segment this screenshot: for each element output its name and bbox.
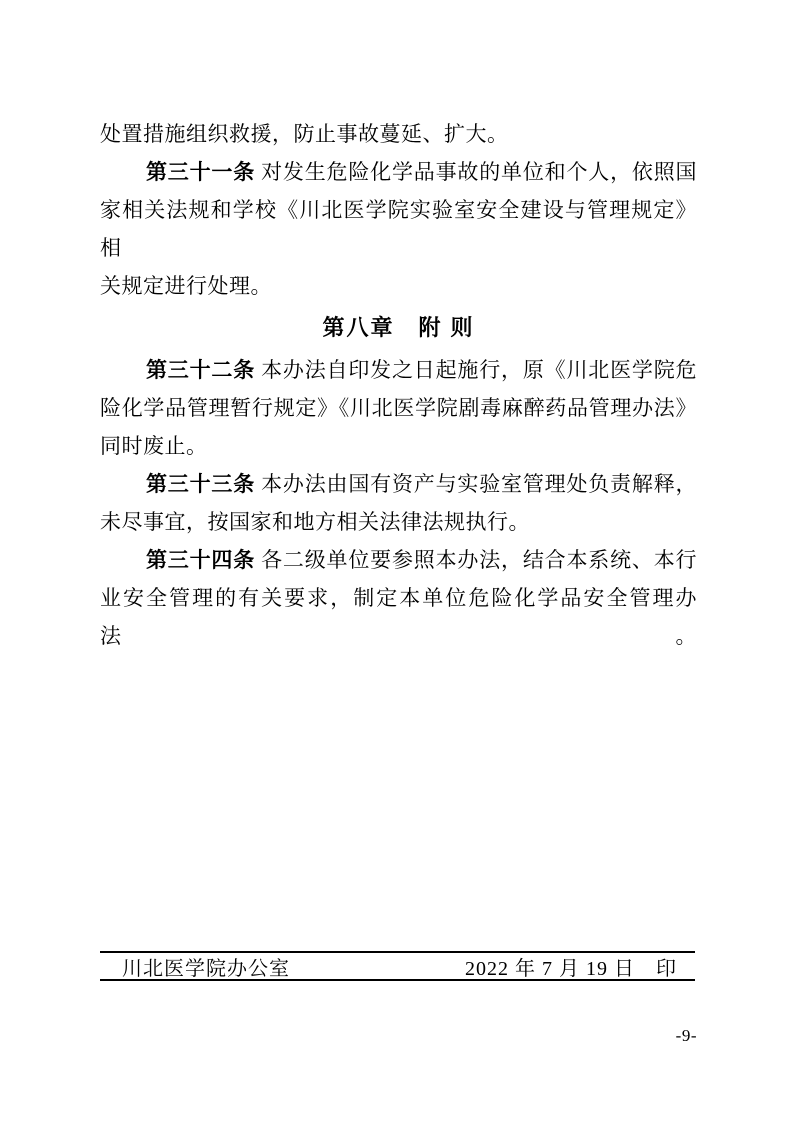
paragraph-line: 第三十一条 对发生危险化学品事故的单位和个人，依照国 [100,153,697,191]
page-number: -9- [676,1026,697,1046]
paragraph-line: 第三十四条 各二级单位要参照本办法，结合本系统、本行 [100,541,697,579]
document-page: 处置措施组织救援，防止事故蔓延、扩大。 第三十一条 对发生危险化学品事故的单位和… [0,0,793,1122]
line-text: 业安全管理的有关要求，制定本单位危险化学品安全管理办法。 [100,586,697,648]
print-date: 2022 年 7 月 19 日 印 [465,952,677,981]
chapter-heading: 第八章 附 则 [100,309,697,347]
article-number: 第三十四条 [146,548,255,572]
paragraph-line: 第三十三条 本办法由国有资产与实验室管理处负责解释， [100,465,697,503]
paragraph-line: 同时废止。 [100,427,697,465]
line-text: 关规定进行处理。 [100,274,272,298]
paragraph-line: 未尽事宜，按国家和地方相关法律法规执行。 [100,503,697,541]
line-text: 同时废止。 [100,434,208,458]
document-body: 处置措施组织救援，防止事故蔓延、扩大。 第三十一条 对发生危险化学品事故的单位和… [100,115,697,655]
line-text: 未尽事宜，按国家和地方相关法律法规执行。 [100,510,530,534]
line-text: 各二级单位要参照本办法，结合本系统、本行 [255,548,697,572]
colophon-bar: 川北医学院办公室 2022 年 7 月 19 日 印 [100,951,695,981]
line-text: 本办法由国有资产与实验室管理处负责解释， [255,472,697,496]
paragraph-line: 家相关法规和学校《川北医学院实验室安全建设与管理规定》相 [100,191,697,267]
paragraph-line: 险化学品管理暂行规定》《川北医学院剧毒麻醉药品管理办法》 [100,389,697,427]
line-text: 对发生危险化学品事故的单位和个人，依照国 [255,160,697,184]
paragraph-line: 第三十二条 本办法自印发之日起施行，原《川北医学院危 [100,351,697,389]
article-number: 第三十二条 [146,358,255,382]
line-text: 处置措施组织救援，防止事故蔓延、扩大。 [100,122,509,146]
issuing-office: 川北医学院办公室 [122,952,290,981]
paragraph-line: 处置措施组织救援，防止事故蔓延、扩大。 [100,115,697,153]
paragraph-line: 关规定进行处理。 [100,267,697,305]
line-text: 险化学品管理暂行规定》《川北医学院剧毒麻醉药品管理办法》 [100,396,697,420]
paragraph-line: 业安全管理的有关要求，制定本单位危险化学品安全管理办法。 [100,579,697,655]
line-text: 本办法自印发之日起施行，原《川北医学院危 [255,358,697,382]
article-number: 第三十三条 [146,472,255,496]
line-text: 家相关法规和学校《川北医学院实验室安全建设与管理规定》相 [100,198,697,260]
article-number: 第三十一条 [146,160,255,184]
